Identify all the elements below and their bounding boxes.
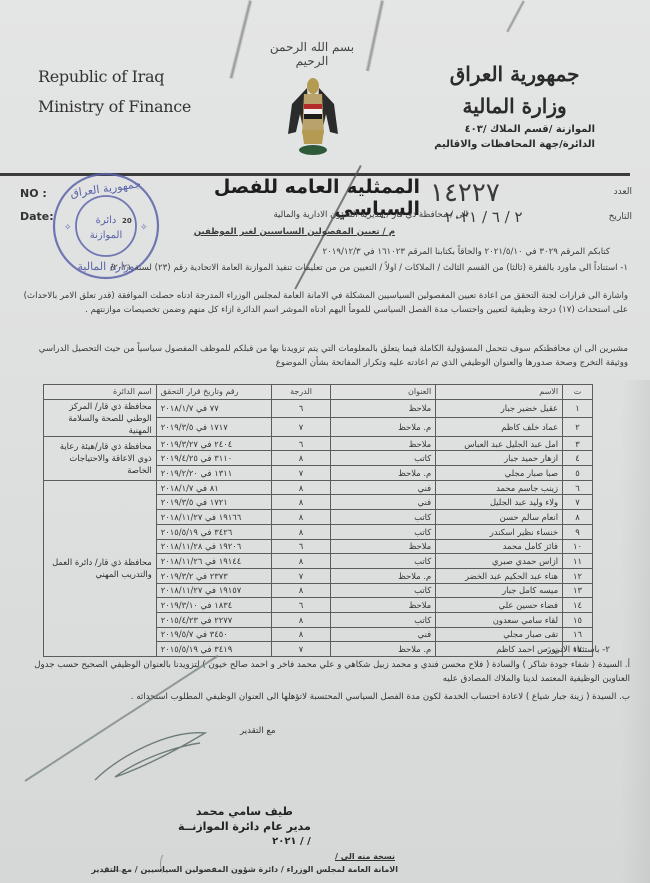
row-name: هناء عبد الحكيم عبد الخضر: [436, 568, 563, 583]
row-name: فضاء حسين علي: [436, 598, 563, 613]
paragraph-approval: واشارة الى قرارات لجنة التحقق من اعادة ت…: [23, 290, 628, 317]
exceptions-heading: ٢- باستثناء الاتي :-: [545, 645, 610, 655]
row-decision: ١٩١٤٤ في ٢٠١٨/١١/٢٦: [156, 554, 271, 569]
row-job-title: كاتب: [331, 451, 436, 466]
row-job-title: ملاحظ: [331, 539, 436, 554]
row-name: فائز كامل محمد: [436, 539, 563, 554]
row-name: ازاس حمدي صبري: [436, 554, 563, 569]
svg-text:دائرة: دائرة: [96, 215, 117, 226]
row-job-title: م. ملاحظ: [331, 466, 436, 481]
department-line: الموازنة /قسم الملاك /٤٠٣: [434, 122, 595, 137]
row-name: امل عبد الجليل عبد العباس: [436, 436, 563, 451]
table-row: ٣امل عبد الجليل عبد العباسملاحظ٦٢٤٠٤ في …: [44, 436, 593, 451]
row-name: خنساء نظير اسكندر: [436, 524, 563, 539]
appointees-table: ت الاسم العنوان الدرجة رقم وتاريخ قرار ا…: [43, 384, 593, 657]
row-job-title: ملاحظ: [331, 598, 436, 613]
copy-to-line: الامانة العامة لمجلس الوزراء / دائرة شؤو…: [91, 865, 398, 874]
no-label: NO :: [20, 187, 47, 200]
row-grade: ٨: [271, 583, 331, 598]
column-header-decision: رقم وتاريخ قرار التحقق: [156, 385, 271, 400]
exception-item-a: أ. السيدة ( شفاء جودة شاكر ) والسادة ( ف…: [30, 658, 630, 686]
row-job-title: كاتب: [331, 524, 436, 539]
subject-line: م / تعيين المفصولين السياسيين لغير الموظ…: [175, 226, 395, 240]
row-department: محافظة ذي قار/هيئة رعاية ذوي الاعاقة وال…: [44, 436, 157, 480]
row-seq: ١٦: [563, 627, 593, 642]
reference-number: ١٤٢٢٧: [430, 178, 500, 208]
row-job-title: م. ملاحظ: [331, 418, 436, 437]
row-decision: ١٩٢٠٦ في ٢٠١٨/١١/٢٨: [156, 539, 271, 554]
row-decision: ٢٣٧٣ في ٢٠١٩/٣/٢: [156, 568, 271, 583]
row-seq: ٦: [563, 480, 593, 495]
column-header-grade: الدرجة: [271, 385, 331, 400]
row-decision: ٣٤٢٦ في ٢٠١٥/٥/١٩: [156, 524, 271, 539]
reference-number-label: العدد: [614, 187, 632, 197]
row-seq: ٧: [563, 495, 593, 510]
paper-fold-mark: [506, 0, 526, 33]
row-name: عقيل خضير جبار: [436, 399, 563, 418]
exception-item-b: ب. السيدة ( زينة جبار شياع ) لاعادة احتس…: [30, 690, 630, 704]
signer-date: / / ٢٠٢١: [178, 835, 311, 849]
column-header-name: الاسم: [436, 385, 563, 400]
arabic-letterhead: جمهورية العراق وزارة المالية الموازنة /ق…: [434, 58, 595, 152]
row-seq: ٥: [563, 466, 593, 481]
row-name: زينب جاسم محمد: [436, 480, 563, 495]
row-grade: ٨: [271, 451, 331, 466]
document-page: Republic of Iraq Ministry of Finance بسم…: [0, 0, 650, 883]
row-name: نورس احمد كاظم: [436, 642, 563, 657]
row-grade: ٧: [271, 642, 331, 657]
row-grade: ٨: [271, 627, 331, 642]
table-header-row: ت الاسم العنوان الدرجة رقم وتاريخ قرار ا…: [44, 385, 593, 400]
directorate-line: الدائرة/جهة المحافظات والاقاليم: [434, 137, 595, 152]
row-job-title: كاتب: [331, 612, 436, 627]
row-decision: ٢٢٧٧ في ٢٠١٥/٤/٢٣: [156, 612, 271, 627]
column-header-title: العنوان: [331, 385, 436, 400]
row-decision: ٣٤٥٠ في ٢٠١٩/٥/٧: [156, 627, 271, 642]
row-seq: ١٥: [563, 612, 593, 627]
closing-regards: مع التقدير: [240, 726, 276, 736]
paper-fold-mark: [229, 0, 253, 79]
row-decision: ٣٤١٩ في ٢٠١٥/٥/١٩: [156, 642, 271, 657]
row-seq: ١٤: [563, 598, 593, 613]
row-name: ميسه كامل جبار: [436, 583, 563, 598]
row-name: صبا صبار مجلي: [436, 466, 563, 481]
svg-text:✧: ✧: [140, 223, 148, 233]
row-grade: ٨: [271, 554, 331, 569]
row-seq: ٤: [563, 451, 593, 466]
svg-text:20: 20: [122, 217, 132, 225]
paper-fold-mark: [365, 0, 385, 71]
row-job-title: م. ملاحظ: [331, 642, 436, 657]
row-department: محافظة ذي قار/ المركز الوطني للصحة والسل…: [44, 399, 157, 436]
row-job-title: فني: [331, 480, 436, 495]
svg-text:الموازنة: الموازنة: [90, 230, 123, 241]
row-name: تقى صبار مجلي: [436, 627, 563, 642]
row-name: ازهار حميد جبار: [436, 451, 563, 466]
row-decision: ٧٧ في ٢٠١٨/١/٧: [156, 399, 271, 418]
row-decision: ١٨٣٤ في ٢٠١٩/٣/١٠: [156, 598, 271, 613]
row-job-title: كاتب: [331, 583, 436, 598]
table-row: ٦زينب جاسم محمدفني٨٨١ في ٢٠١٨/١/٧محافظة …: [44, 480, 593, 495]
row-grade: ٦: [271, 598, 331, 613]
paragraph-responsibility: مشيرين الى ان محافظتكم سوف تتحمل المسؤول…: [23, 343, 628, 370]
row-grade: ٦: [271, 539, 331, 554]
row-decision: ١٩١٦٦ في ٢٠١٨/١١/٢٧: [156, 510, 271, 525]
row-seq: ١٠: [563, 539, 593, 554]
row-decision: ١٣١١ في ٢٠١٩/٢/٢٠: [156, 466, 271, 481]
signer-name: طيف سامي محمد: [178, 805, 311, 819]
row-name: انعام سالم حسن: [436, 510, 563, 525]
row-grade: ٨: [271, 612, 331, 627]
reference-date-label: التاريخ: [609, 212, 632, 222]
paragraph-item-1: ١- استناداً الى ماورد بالفقرة (ثالثا) من…: [23, 262, 628, 276]
column-header-seq: ت: [563, 385, 593, 400]
row-seq: ١١: [563, 554, 593, 569]
row-decision: ٣١١٠ في ٢٠١٩/٤/٢٥: [156, 451, 271, 466]
row-name: عماد خلف كاظم: [436, 418, 563, 437]
row-seq: ١٢: [563, 568, 593, 583]
row-seq: ٨: [563, 510, 593, 525]
row-grade: ٦: [271, 399, 331, 418]
row-decision: ١٧١٧ في ٢٠١٩/٣/٥: [156, 418, 271, 437]
row-job-title: كاتب: [331, 510, 436, 525]
row-name: ولاء وليد عبد الجليل: [436, 495, 563, 510]
row-seq: ٣: [563, 436, 593, 451]
bismillah-calligraphy: بسم الله الرحمن الرحيم: [262, 40, 362, 68]
row-grade: ٨: [271, 495, 331, 510]
row-decision: ٨١ في ٢٠١٨/١/٧: [156, 480, 271, 495]
row-seq: ١: [563, 399, 593, 418]
row-name: لقاء سامي سعدون: [436, 612, 563, 627]
handwritten-signature-icon: [90, 725, 210, 785]
iraq-eagle-emblem-icon: [282, 74, 344, 156]
ministry-label: Ministry of Finance: [38, 92, 191, 122]
column-header-department: اسم الدائرة: [44, 385, 157, 400]
addressee: الى / محافظة ذي قار / مديرية الشؤون الاد…: [188, 209, 468, 223]
row-job-title: م. ملاحظ: [331, 568, 436, 583]
copy-to-heading: نسخة منه الى /: [335, 852, 395, 861]
row-grade: ٦: [271, 436, 331, 451]
row-job-title: ملاحظ: [331, 436, 436, 451]
arabic-republic-label: جمهورية العراق: [434, 58, 595, 90]
row-seq: ١٣: [563, 583, 593, 598]
row-seq: ٩: [563, 524, 593, 539]
row-grade: ٨: [271, 480, 331, 495]
signer-role: مدير عام دائرة الموازنــة: [178, 819, 311, 835]
row-grade: ٨: [271, 524, 331, 539]
row-grade: ٧: [271, 466, 331, 481]
date-label: Date:: [20, 210, 54, 223]
row-job-title: فني: [331, 495, 436, 510]
republic-label: Republic of Iraq: [38, 62, 191, 92]
table-row: ١عقيل خضير جبارملاحظ٦٧٧ في ٢٠١٨/١/٧محافظ…: [44, 399, 593, 418]
row-seq: ٢: [563, 418, 593, 437]
reference-paragraph: كتابكم المرقم ٣٠٢٩ في ٢٠٢١/٥/١٠ والحاقاً…: [50, 246, 610, 260]
english-letterhead: Republic of Iraq Ministry of Finance: [38, 62, 191, 122]
signer-block: طيف سامي محمد مدير عام دائرة الموازنــة …: [178, 805, 311, 849]
page-shadow: [620, 380, 650, 883]
row-job-title: ملاحظ: [331, 399, 436, 418]
row-decision: ١٩١٥٧ في ٢٠١٨/١١/٢٧: [156, 583, 271, 598]
row-decision: ١٧٢١ في ٢٠١٩/٣/٥: [156, 495, 271, 510]
row-job-title: كاتب: [331, 554, 436, 569]
row-decision: ٢٤٠٤ في ٢٠١٩/٣/٢٧: [156, 436, 271, 451]
row-grade: ٧: [271, 568, 331, 583]
row-grade: ٨: [271, 510, 331, 525]
row-department: محافظة ذي قار/ دائرة العمل والتدريب المه…: [44, 480, 157, 656]
arabic-ministry-label: وزارة المالية: [434, 90, 595, 122]
svg-text:✧: ✧: [64, 223, 72, 233]
row-grade: ٧: [271, 418, 331, 437]
row-job-title: فني: [331, 627, 436, 642]
